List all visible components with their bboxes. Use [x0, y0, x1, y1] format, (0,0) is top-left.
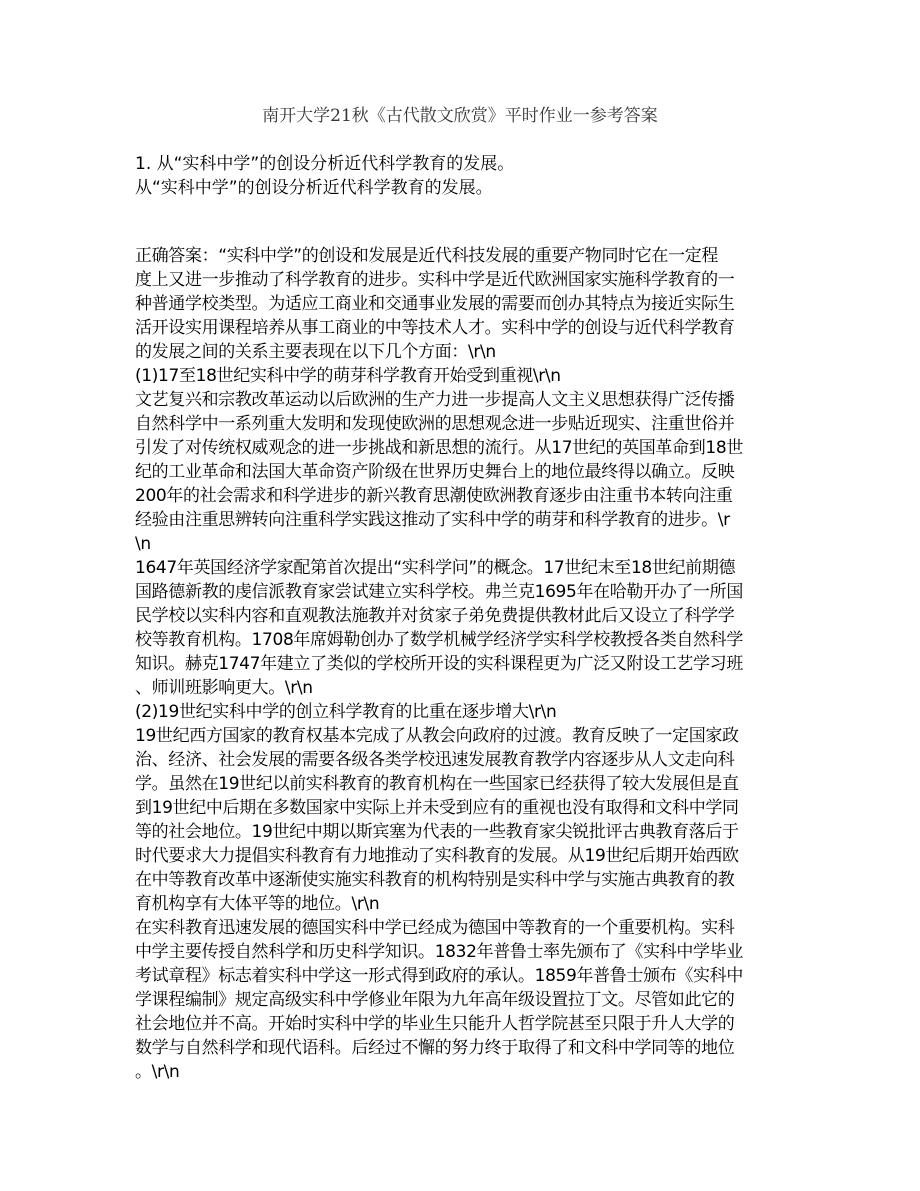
answer-line: 学。虽然在19世纪以前实科教育的教育机构在一些国家已经获得了较大发展但是直 [135, 772, 797, 796]
answer-line: \n [135, 532, 797, 556]
answer-line: (1)17至18世纪实科中学的萌芽科学教育开始受到重视\r\n [135, 364, 797, 388]
answer-line: 1647年英国经济学家配第首次提出“实科学问”的概念。17世纪末至18世纪前期德 [135, 556, 797, 580]
answer-line: 引发了对传统权威观念的进一步挑战和新思想的流行。从17世纪的英国革命到18世 [135, 436, 797, 460]
answer-line: 校等教育机构。1708年席姆勒创办了数学机械学经济学实科学校教授各类自然科学 [135, 628, 797, 652]
answer-block: 正确答案：“实科中学”的创设和发展是近代科技发展的重要产物同时它在一定程度上又进… [135, 244, 797, 1084]
answer-line: 自然科学中一系列重大发明和发现使欧洲的思想观念进一步贴近现实、注重世俗并 [135, 412, 797, 436]
answer-line: 到19世纪中后期在多数国家中实际上并未受到应有的重视也没有取得和文科中学同 [135, 796, 797, 820]
answer-line: 活开设实用课程培养从事工商业的中等技术人才。实科中学的创设与近代科学教育 [135, 316, 797, 340]
document-page: 南开大学21秋《古代散文欣赏》平时作业一参考答案 1. 从“实科中学”的创设分析… [0, 0, 920, 1191]
answer-line: 知识。赫克1747年建立了类似的学校所开设的实科课程更为广泛又附设工艺学习班 [135, 652, 797, 676]
answer-line: 度上又进一步推动了科学教育的进步。实科中学是近代欧洲国家实施科学教育的一 [135, 268, 797, 292]
answer-line: 正确答案：“实科中学”的创设和发展是近代科技发展的重要产物同时它在一定程 [135, 244, 797, 268]
answer-line: 在中等教育改革中逐渐使实施实科教育的机构特别是实科中学与实施古典教育的教 [135, 868, 797, 892]
answer-line: 、师训班影响更大。\r\n [135, 676, 797, 700]
answer-line: 治、经济、社会发展的需要各级各类学校迅速发展教育教学内容逐步从人文走向科 [135, 748, 797, 772]
answer-line: 中学主要传授自然科学和历史科学知识。1832年普鲁士率先颁布了《实科中学毕业 [135, 940, 797, 964]
question-number-line: 1. 从“实科中学”的创设分析近代科学教育的发展。 [135, 152, 795, 176]
answer-line: 19世纪西方国家的教育权基本完成了从教会向政府的过渡。教育反映了一定国家政 [135, 724, 797, 748]
answer-line: 等的社会地位。19世纪中期以斯宾塞为代表的一些教育家尖锐批评古典教育落后于 [135, 820, 797, 844]
answer-line: 的发展之间的关系主要表现在以下几个方面：\r\n [135, 340, 797, 364]
answer-line: 纪的工业革命和法国大革命资产阶级在世界历史舞台上的地位最终得以确立。反映 [135, 460, 797, 484]
answer-line: 在实科教育迅速发展的德国实科中学已经成为德国中等教育的一个重要机构。实科 [135, 916, 797, 940]
answer-line: 时代要求大力提倡实科教育有力地推动了实科教育的发展。从19世纪后期开始西欧 [135, 844, 797, 868]
answer-line: 育机构享有大体平等的地位。\r\n [135, 892, 797, 916]
question-block: 1. 从“实科中学”的创设分析近代科学教育的发展。 从“实科中学”的创设分析近代… [135, 152, 795, 200]
answer-line: 文艺复兴和宗教改革运动以后欧洲的生产力进一步提高人文主义思想获得广泛传播 [135, 388, 797, 412]
answer-line: 数学与自然科学和现代语科。后经过不懈的努力终于取得了和文科中学同等的地位 [135, 1036, 797, 1060]
answer-line: (2)19世纪实科中学的创立科学教育的比重在逐步增大\r\n [135, 700, 797, 724]
answer-line: 。\r\n [135, 1060, 797, 1084]
answer-line: 社会地位并不高。开始时实科中学的毕业生只能升人哲学院甚至只限于升人大学的 [135, 1012, 797, 1036]
answer-line: 民学校以实科内容和直观教法施教并对贫家子弟免费提供教材此后又设立了科学学 [135, 604, 797, 628]
answer-line: 200年的社会需求和科学进步的新兴教育思潮使欧洲教育逐步由注重书本转向注重 [135, 484, 797, 508]
answer-line: 考试章程》标志着实科中学这一形式得到政府的承认。1859年普鲁士颁布《实科中 [135, 964, 797, 988]
answer-line: 种普通学校类型。为适应工商业和交通事业发展的需要而创办其特点为接近实际生 [135, 292, 797, 316]
answer-line: 国路德新教的虔信派教育家尝试建立实科学校。弗兰克1695年在哈勒开办了一所国 [135, 580, 797, 604]
document-title: 南开大学21秋《古代散文欣赏》平时作业一参考答案 [0, 104, 920, 128]
question-repeat-line: 从“实科中学”的创设分析近代科学教育的发展。 [135, 176, 795, 200]
answer-line: 经验由注重思辨转向注重科学实践这推动了实科中学的萌芽和科学教育的进步。\r [135, 508, 797, 532]
answer-line: 学课程编制》规定高级实科中学修业年限为九年高年级设置拉丁文。尽管如此它的 [135, 988, 797, 1012]
